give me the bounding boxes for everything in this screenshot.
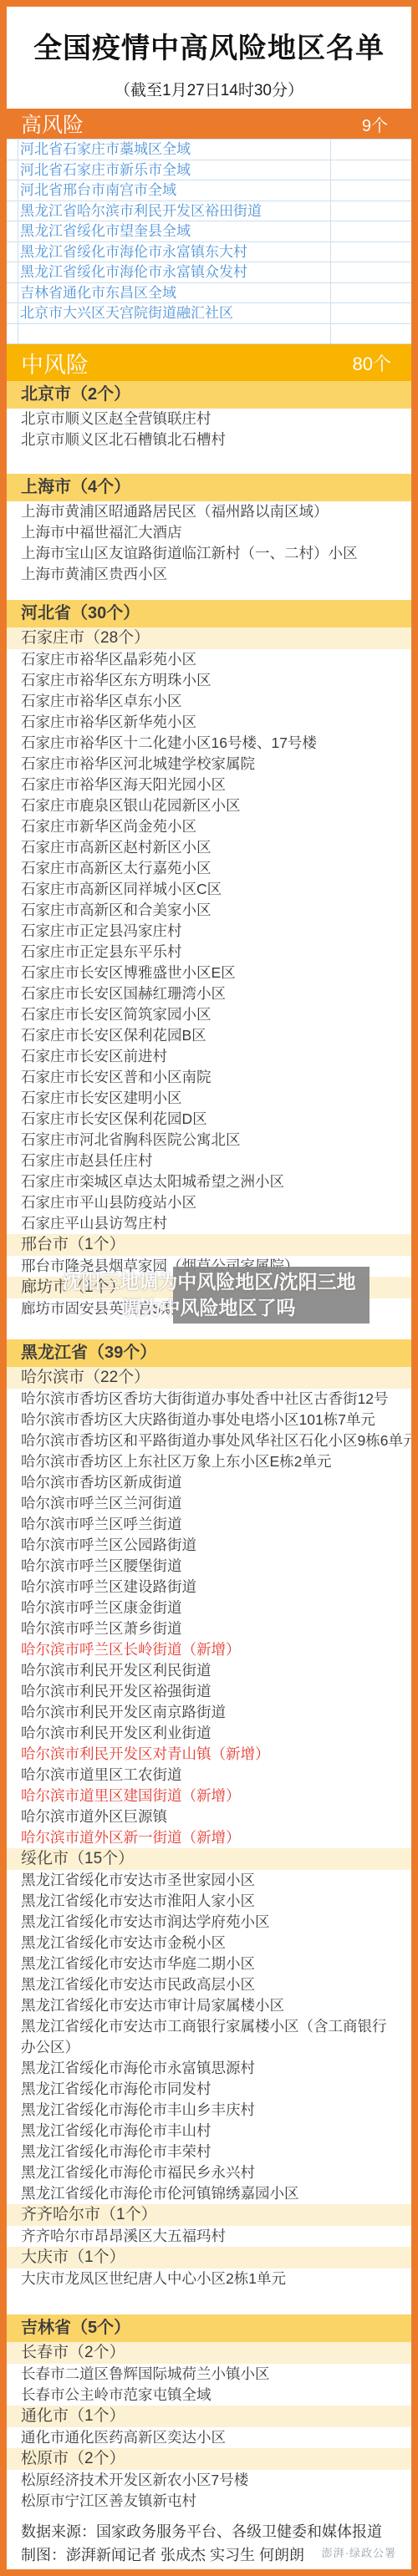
area-row: 哈尔滨市呼兰区腰堡街道 xyxy=(7,1556,411,1577)
area-row: 石家庄平山县访驾庄村 xyxy=(7,1213,411,1234)
province-header: 河北省（30个） xyxy=(7,600,411,627)
area-row: 哈尔滨市道里区建国街道（新增） xyxy=(7,1786,411,1806)
hr-cell-right xyxy=(330,140,411,160)
group-gap xyxy=(7,450,411,474)
hr-cell-right xyxy=(330,242,411,262)
area-row: 黑龙江省绥化市安达市润达学府苑小区 xyxy=(7,1912,411,1933)
area-row: 哈尔滨市香坊区和平路街道办事处风华社区石化小区9栋6单元 xyxy=(7,1430,411,1451)
area-row: 石家庄市平山县防疫站小区 xyxy=(7,1192,411,1213)
area-row: 齐齐哈尔市昂昂溪区大五福玛村 xyxy=(7,2226,411,2247)
city-header: 哈尔滨市（22个） xyxy=(7,1367,411,1389)
area-row: 上海市宝山区友谊路街道临江新村（一、二村）小区 xyxy=(7,543,411,564)
area-row: 大庆市龙凤区世纪唐人中心小区2栋1单元 xyxy=(7,2269,411,2289)
area-row: 上海市黄浦区昭通路居民区（福州路以南区域） xyxy=(7,501,411,522)
area-row: 哈尔滨市呼兰区康金街道 xyxy=(7,1598,411,1618)
area-row: 长春市二道区鲁辉国际城荷兰小镇小区 xyxy=(7,2364,411,2385)
hr-cell-right xyxy=(330,303,411,323)
city-header: 大庆市（1个） xyxy=(7,2247,411,2269)
area-row: 哈尔滨市利民开发区对青山镇（新增） xyxy=(7,1744,411,1765)
area-row: 黑龙江省绥化市海伦市同发村 xyxy=(7,2079,411,2100)
hr-cell-text: 北京市大兴区天宫院街道融汇社区 xyxy=(18,303,330,323)
hr-cell-left xyxy=(7,201,18,221)
area-row: 哈尔滨市香坊区香坊大街街道办事处香中社区古香街12号 xyxy=(7,1389,411,1410)
area-row: 哈尔滨市呼兰区长岭街道（新增） xyxy=(7,1639,411,1660)
high-risk-count: 9个 xyxy=(362,112,411,136)
province-header: 黑龙江省（39个） xyxy=(7,1339,411,1367)
hr-cell-left xyxy=(7,160,18,180)
area-row: 黑龙江省绥化市海伦市永富镇思源村 xyxy=(7,2058,411,2079)
city-header: 长春市（2个） xyxy=(7,2342,411,2364)
high-risk-row: 吉林省通化市东昌区全域 xyxy=(7,283,411,304)
area-row: 石家庄市鹿泉区银山花园新区小区 xyxy=(7,795,411,816)
area-row: 黑龙江省绥化市安达市华庭二期小区 xyxy=(7,1954,411,1974)
hr-cell-text: 黑龙江省绥化市望奎县全域 xyxy=(18,221,330,241)
area-row: 哈尔滨市道外区新一街道（新增） xyxy=(7,1827,411,1848)
area-row: 黑龙江省绥化市安达市审计局家属楼小区 xyxy=(7,1995,411,2016)
area-row: 上海市中福世福汇大酒店 xyxy=(7,522,411,543)
high-risk-banner: 高风险 9个 xyxy=(7,109,411,139)
hr-cell-left xyxy=(7,283,18,303)
area-row: 石家庄市裕华区卓东小区 xyxy=(7,691,411,712)
area-row: 哈尔滨市香坊区上东社区万象上东小区E栋2单元 xyxy=(7,1451,411,1472)
area-row: 石家庄市长安区简筑家园小区 xyxy=(7,1004,411,1025)
city-header: 石家庄市（28个） xyxy=(7,627,411,649)
hr-cell-text: 黑龙江省绥化市海伦市永富镇东大村 xyxy=(18,242,330,262)
hr-cell-right xyxy=(330,324,411,344)
caption-overlay-text: 沈阳三地调为中风险地区/沈阳三地 调为中风险地区了吗 xyxy=(48,1267,370,1324)
pengpai-logo: 澎湃·绿政公署 xyxy=(322,2544,396,2560)
high-risk-row: 黑龙江省哈尔滨市利民开发区裕田街道 xyxy=(7,201,411,222)
hr-cell-text: 吉林省通化市东昌区全域 xyxy=(18,283,330,303)
area-row: 黑龙江省绥化市海伦市丰荣村 xyxy=(7,2142,411,2162)
area-row: 北京市顺义区北石槽镇北石槽村 xyxy=(7,429,411,450)
high-risk-row: 黑龙江省绥化市海伦市永富镇众发村 xyxy=(7,262,411,283)
area-row: 北京市顺义区赵全营镇联庄村 xyxy=(7,409,411,429)
hr-cell-text xyxy=(18,324,330,344)
hr-cell-right xyxy=(330,283,411,303)
area-row: 黑龙江省绥化市安达市民政高层小区 xyxy=(7,1974,411,1995)
hr-cell-left xyxy=(7,262,18,282)
hr-cell-text: 黑龙江省哈尔滨市利民开发区裕田街道 xyxy=(18,201,330,221)
area-row: 石家庄市裕华区河北城建学校家属院 xyxy=(7,754,411,775)
area-row: 哈尔滨市呼兰区建设路街道 xyxy=(7,1577,411,1598)
area-row: 哈尔滨市香坊区大庆路街道办事处电塔小区101栋7单元 xyxy=(7,1410,411,1430)
high-risk-row: 河北省邢台市南宫市全域 xyxy=(7,180,411,201)
caption-line-2: 调为中风险地区了吗 xyxy=(123,1295,296,1321)
medium-risk-list: 北京市（2个）北京市顺义区赵全营镇联庄村北京市顺义区北石槽镇北石槽村上海市（4个… xyxy=(7,381,411,2512)
area-row: 哈尔滨市利民开发区利业街道 xyxy=(7,1723,411,1744)
hr-cell-left xyxy=(7,303,18,323)
hr-cell-left xyxy=(7,180,18,201)
hr-cell-text: 河北省邢台市南宫市全域 xyxy=(18,180,330,201)
page-title: 全国疫情中高风险地区名单 xyxy=(7,7,411,66)
hr-cell-left xyxy=(7,140,18,160)
area-row: 石家庄市栾城区卓达太阳城希望之洲小区 xyxy=(7,1171,411,1192)
province-header: 吉林省（5个） xyxy=(7,2314,411,2342)
area-row: 石家庄市长安区国赫红珊湾小区 xyxy=(7,983,411,1004)
high-risk-row: 河北省石家庄市藁城区全域 xyxy=(7,140,411,160)
city-header: 通化市（1个） xyxy=(7,2406,411,2427)
hr-cell-text: 河北省石家庄市新乐市全域 xyxy=(18,160,330,180)
area-row: 石家庄市裕华区新华苑小区 xyxy=(7,712,411,733)
high-risk-row: 黑龙江省绥化市望奎县全域 xyxy=(7,221,411,242)
hr-cell-text: 黑龙江省绥化市海伦市永富镇众发村 xyxy=(18,262,330,282)
infographic-content: 全国疫情中高风险地区名单 （截至1月27日14时30分） 高风险 9个 河北省石… xyxy=(7,7,411,2569)
area-row: 通化市通化医药高新区奕达小区 xyxy=(7,2427,411,2448)
medium-risk-count: 80个 xyxy=(353,350,411,376)
header: 全国疫情中高风险地区名单 （截至1月27日14时30分） xyxy=(7,7,411,109)
area-row: 哈尔滨市利民开发区利民街道 xyxy=(7,1660,411,1681)
hr-cell-left xyxy=(7,242,18,262)
hr-cell-right xyxy=(330,201,411,221)
data-source-line: 数据来源：国家政务服务平台、各级卫健委和媒体报道 xyxy=(21,2520,411,2543)
infographic-page: 全国疫情中高风险地区名单 （截至1月27日14时30分） 高风险 9个 河北省石… xyxy=(0,0,418,2576)
high-risk-row: 河北省石家庄市新乐市全域 xyxy=(7,160,411,181)
area-row: 哈尔滨市呼兰区兰河街道 xyxy=(7,1493,411,1514)
area-row: 石家庄市裕华区十二化建小区16号楼、17号楼 xyxy=(7,733,411,754)
high-risk-row: 黑龙江省绥化市海伦市永富镇东大村 xyxy=(7,242,411,263)
area-row: 石家庄市高新区赵村新区小区 xyxy=(7,837,411,858)
city-header: 绥化市（15个） xyxy=(7,1848,411,1870)
area-row: 石家庄市长安区博雅盛世小区E区 xyxy=(7,963,411,983)
area-row: 哈尔滨市道外区巨源镇 xyxy=(7,1806,411,1827)
hr-cell-text: 河北省石家庄市藁城区全域 xyxy=(18,140,330,160)
area-row: 上海市黄浦区贵西小区 xyxy=(7,564,411,585)
group-gap xyxy=(7,585,411,600)
group-gap xyxy=(7,2289,411,2314)
area-row: 石家庄市裕华区东方明珠小区 xyxy=(7,670,411,691)
city-header: 邢台市（1个） xyxy=(7,1234,411,1256)
caption-line-1: 沈阳三地调为中风险地区/沈阳三地 xyxy=(62,1269,355,1295)
province-header: 北京市（2个） xyxy=(7,381,411,409)
caption-overlay: 沈阳三地调为中风险地区/沈阳三地 调为中风险地区了吗 xyxy=(48,1267,370,1324)
hr-cell-right xyxy=(330,262,411,282)
area-row: 黑龙江省绥化市海伦市丰山乡丰庆村 xyxy=(7,2100,411,2121)
hr-cell-right xyxy=(330,160,411,180)
hr-cell-right xyxy=(330,180,411,201)
city-header: 松原市（2个） xyxy=(7,2448,411,2470)
area-row: 石家庄市赵县任庄村 xyxy=(7,1151,411,1171)
page-subtitle: （截至1月27日14时30分） xyxy=(7,78,411,100)
area-row: 哈尔滨市呼兰区萧乡街道 xyxy=(7,1618,411,1639)
area-row: 黑龙江省绥化市安达市金税小区 xyxy=(7,1933,411,1954)
area-row: 哈尔滨市道里区工农街道 xyxy=(7,1765,411,1786)
footer: 数据来源：国家政务服务平台、各级卫健委和媒体报道 制图：澎湃新闻记者 张成杰 实… xyxy=(7,2512,411,2569)
high-risk-empty-row xyxy=(7,324,411,345)
area-row: 石家庄市高新区同祥城小区C区 xyxy=(7,879,411,900)
area-row: 石家庄市长安区保利花园D区 xyxy=(7,1109,411,1130)
area-row: 石家庄市正定县东平乐村 xyxy=(7,942,411,963)
area-row: 石家庄市新华区尚金苑小区 xyxy=(7,816,411,837)
hr-cell-left xyxy=(7,221,18,241)
area-row: 哈尔滨市利民开发区南京路街道 xyxy=(7,1702,411,1723)
area-row: 哈尔滨市利民开发区裕强街道 xyxy=(7,1681,411,1702)
high-risk-list: 河北省石家庄市藁城区全域河北省石家庄市新乐市全域河北省邢台市南宫市全域黑龙江省哈… xyxy=(7,139,411,344)
area-row: 哈尔滨市呼兰区呼兰街道 xyxy=(7,1514,411,1535)
area-row: 哈尔滨市香坊区新成街道 xyxy=(7,1472,411,1493)
area-row: 石家庄市高新区和合美家小区 xyxy=(7,900,411,921)
area-row: 长春市公主岭市范家屯镇全域 xyxy=(7,2385,411,2406)
area-row: 黑龙江省绥化市海伦市福民乡永兴村 xyxy=(7,2162,411,2183)
province-header: 上海市（4个） xyxy=(7,474,411,501)
area-row: 松原市宁江区善友镇新屯村 xyxy=(7,2491,411,2512)
high-risk-row: 北京市大兴区天宫院街道融汇社区 xyxy=(7,303,411,324)
hr-cell-left xyxy=(7,324,18,344)
area-row: 黑龙江省绥化市安达市工商银行家属楼小区（含工商银行办公区） xyxy=(7,2016,411,2058)
area-row: 石家庄市长安区前进村 xyxy=(7,1046,411,1067)
area-row: 石家庄市正定县冯家庄村 xyxy=(7,921,411,942)
area-row: 石家庄市河北省胸科医院公寓北区 xyxy=(7,1130,411,1151)
high-risk-label: 高风险 xyxy=(7,109,84,139)
city-header: 齐齐哈尔市（1个） xyxy=(7,2204,411,2226)
area-row: 哈尔滨市呼兰区公园路街道 xyxy=(7,1535,411,1556)
area-row: 石家庄市长安区建明小区 xyxy=(7,1088,411,1109)
area-row: 石家庄市高新区太行嘉苑小区 xyxy=(7,858,411,879)
medium-risk-label: 中风险 xyxy=(7,347,89,379)
area-row: 黑龙江省绥化市安达市淮阳人家小区 xyxy=(7,1891,411,1912)
area-row: 石家庄市长安区普和小区南院 xyxy=(7,1067,411,1088)
hr-cell-right xyxy=(330,221,411,241)
area-row: 黑龙江省绥化市海伦市伦河镇锦绣嘉园小区 xyxy=(7,2183,411,2204)
area-row: 黑龙江省绥化市海伦市丰山村 xyxy=(7,2121,411,2142)
area-row: 石家庄市长安区保利花园B区 xyxy=(7,1025,411,1046)
area-row: 石家庄市裕华区晶彩苑小区 xyxy=(7,649,411,670)
area-row: 黑龙江省绥化市安达市圣世家园小区 xyxy=(7,1870,411,1891)
medium-risk-banner: 中风险 80个 xyxy=(7,344,411,381)
area-row: 松原经济技术开发区新农小区7号楼 xyxy=(7,2470,411,2491)
area-row: 石家庄市裕华区海天阳光园小区 xyxy=(7,775,411,795)
